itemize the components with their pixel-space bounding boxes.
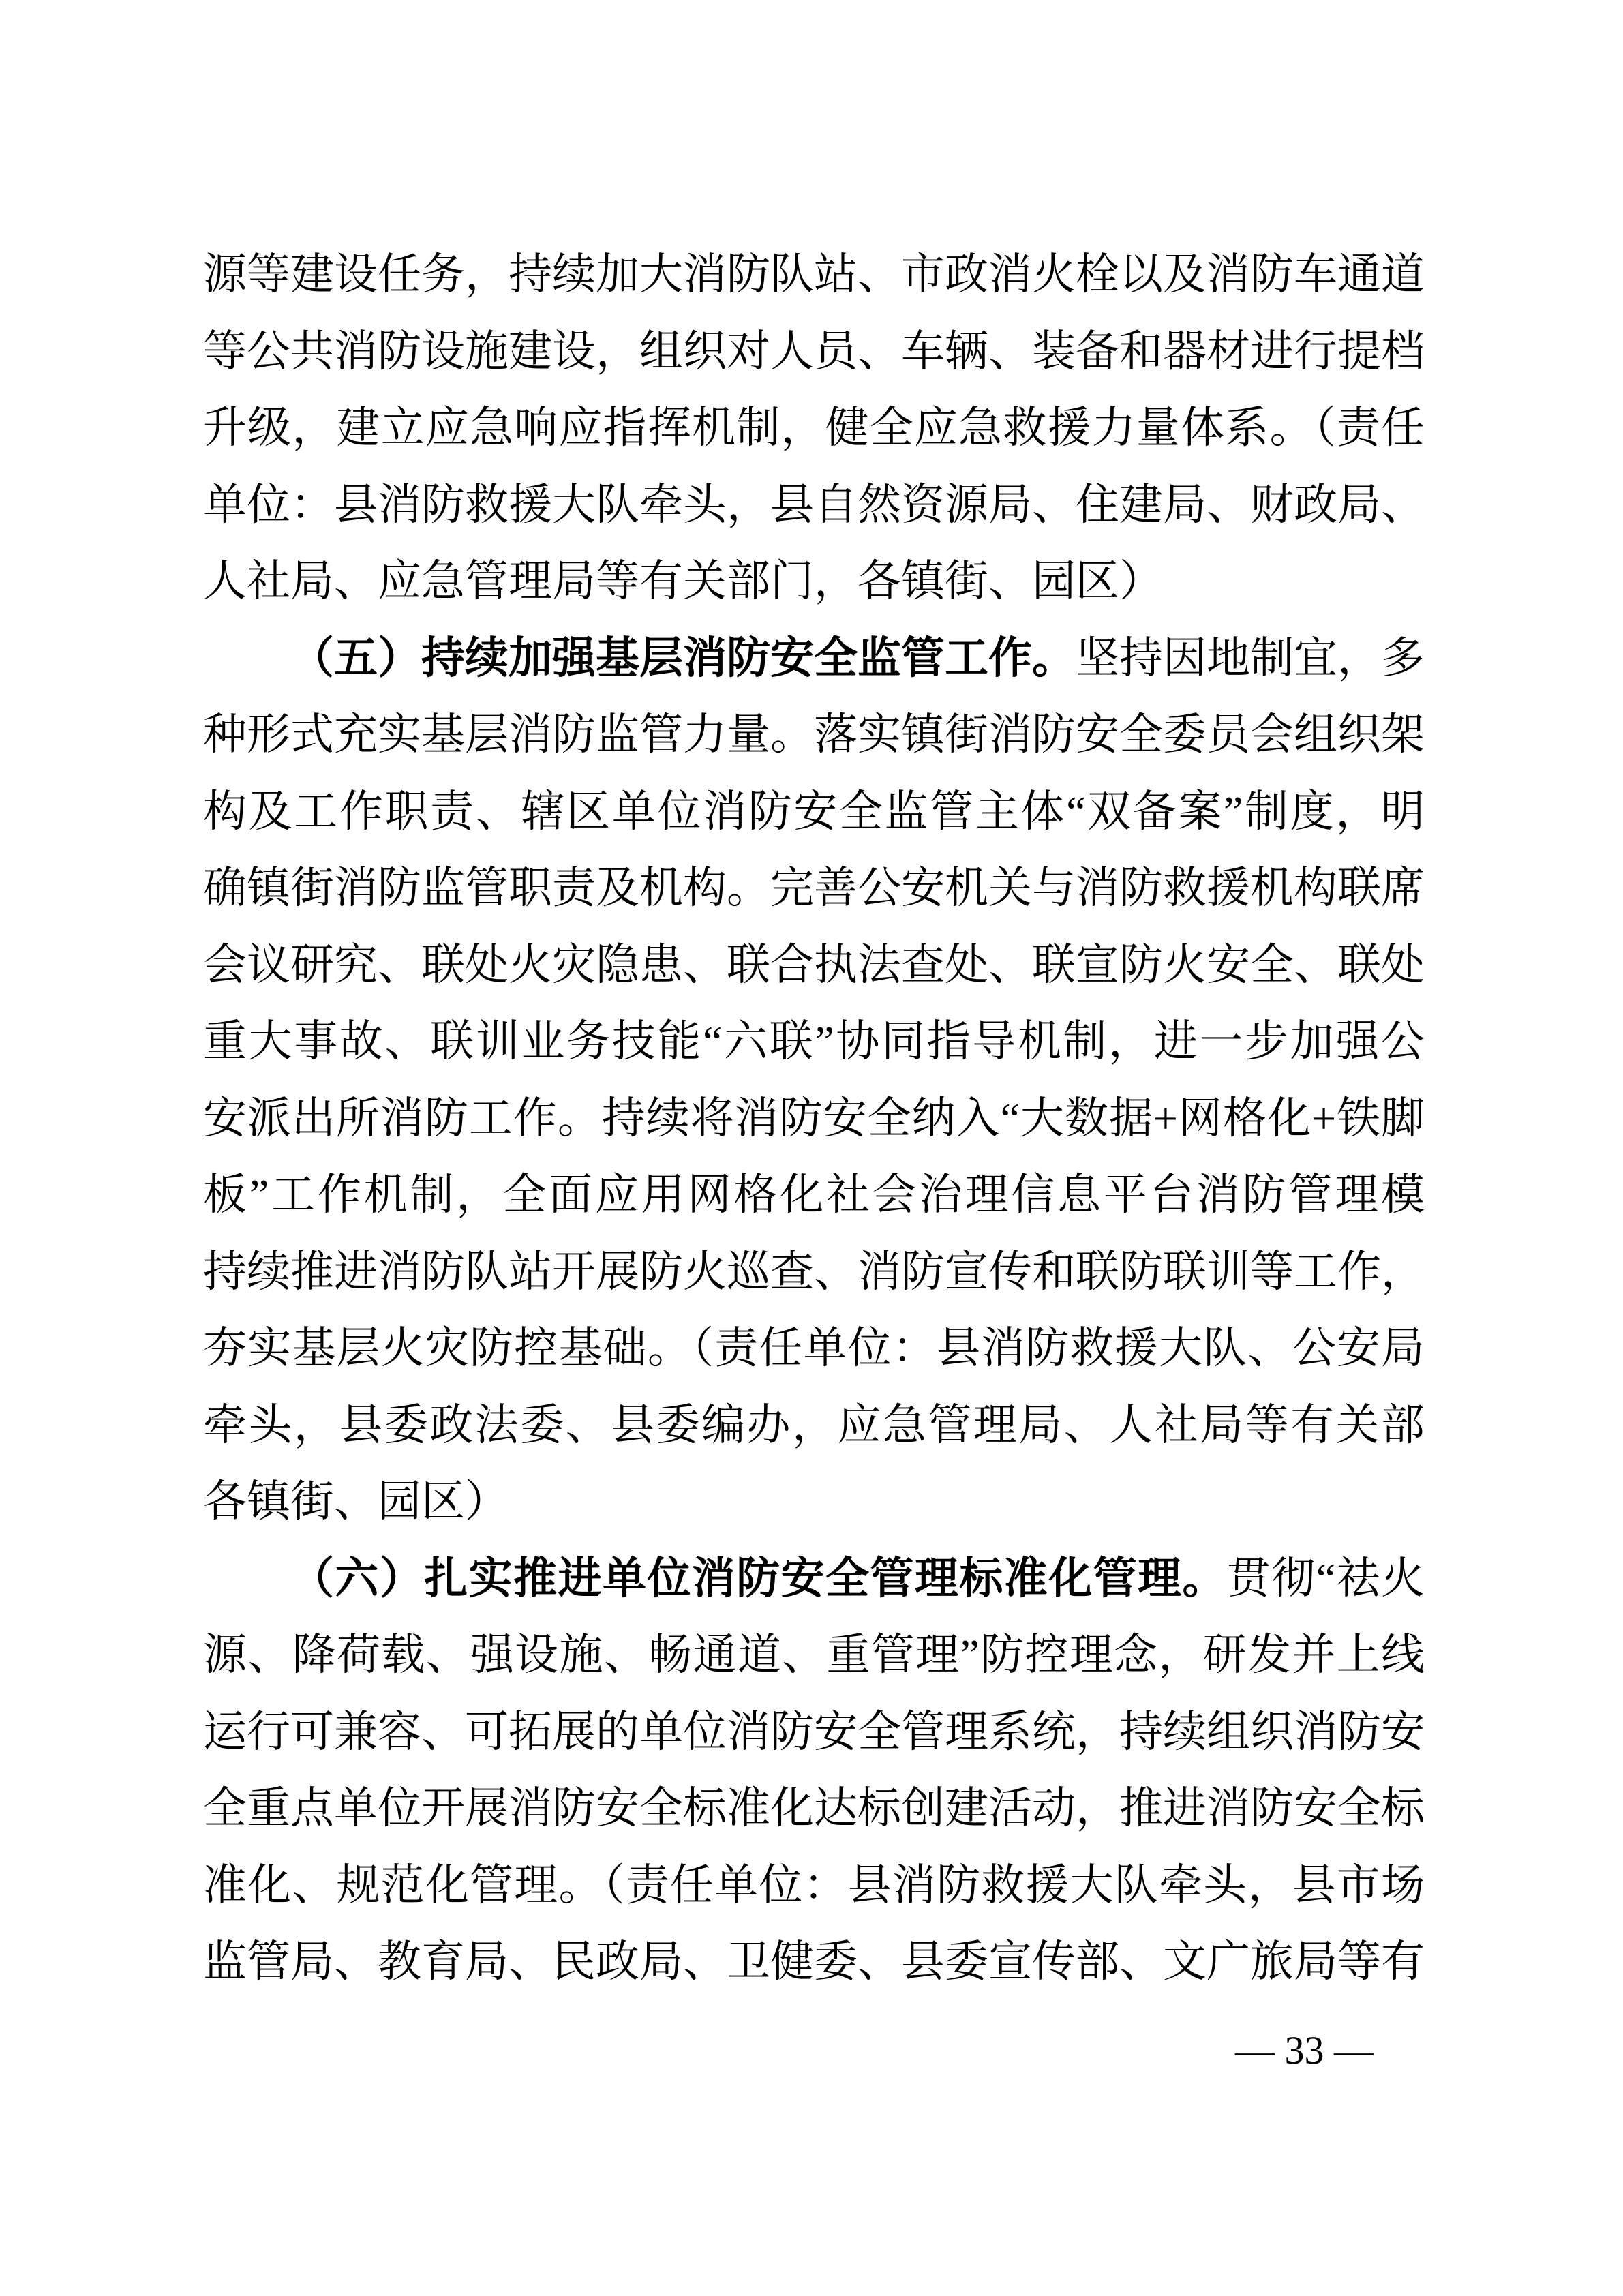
body-line: 等公共消防设施建设，组织对人员、车辆、装备和器材进行提档 (203, 314, 1425, 391)
line-text: 种形式充实基层消防监管力量。落实镇街消防安全委员会组织架 (203, 710, 1425, 759)
body-line: 牵头，县委政法委、县委编办，应急管理局、人社局等有关部门， (203, 1387, 1425, 1464)
body-line: 构及工作职责、辖区单位消防安全监管主体“双备案”制度，明 (203, 774, 1425, 851)
line-text: 会议研究、联处火灾隐患、联合执法查处、联宣防火安全、联处 (203, 941, 1425, 989)
body-line: 确镇街消防监管职责及机构。完善公安机关与消防救援机构联席 (203, 850, 1425, 927)
line-text: 持续推进消防队站开展防火巡查、消防宣传和联防联训等工作， (203, 1248, 1425, 1296)
line-text: 各镇街、园区） (203, 1477, 509, 1526)
line-text: 准化、规范化管理。（责任单位：县消防救援大队牵头，县市场 (203, 1861, 1425, 1909)
line-text: 重大事故、联训业务技能“六联”协同指导机制，进一步加强公 (203, 1017, 1425, 1066)
line-text: 夯实基层火灾防控基础。（责任单位：县消防救援大队、公安局 (203, 1324, 1425, 1372)
body-line: 单位：县消防救援大队牵头，县自然资源局、住建局、财政局、 (203, 467, 1425, 544)
body-line: 会议研究、联处火灾隐患、联合执法查处、联宣防火安全、联处 (203, 927, 1425, 1004)
body-line: 准化、规范化管理。（责任单位：县消防救援大队牵头，县市场 (203, 1847, 1425, 1924)
page-number: — 33 — (1235, 2030, 1374, 2071)
body-line: 源等建设任务，持续加大消防队站、市政消火栓以及消防车通道 (203, 237, 1425, 314)
section-heading: （五）持续加强基层消防安全监管工作。 (290, 634, 1076, 682)
body-line: 运行可兼容、可拓展的单位消防安全管理系统，持续组织消防安 (203, 1694, 1425, 1771)
body-line: 人社局、应急管理局等有关部门，各镇街、园区） (203, 543, 1425, 620)
line-text: 贯彻“祛火 (1227, 1554, 1425, 1603)
line-text: 源等建设任务，持续加大消防队站、市政消火栓以及消防车通道 (203, 250, 1425, 299)
document-page: 源等建设任务，持续加大消防队站、市政消火栓以及消防车通道 等公共消防设施建设，组… (0, 0, 1623, 2296)
body-line: 种形式充实基层消防监管力量。落实镇街消防安全委员会组织架 (203, 697, 1425, 774)
body-line: 源、降荷载、强设施、畅通道、重管理”防控理念，研发并上线 (203, 1617, 1425, 1694)
section-heading: （六）扎实推进单位消防安全管理标准化管理。 (290, 1554, 1227, 1603)
line-text: 板”工作机制，全面应用网格化社会治理信息平台消防管理模块。 (203, 1170, 1425, 1234)
body-line: 重大事故、联训业务技能“六联”协同指导机制，进一步加强公 (203, 1003, 1425, 1081)
line-text: 牵头，县委政法委、县委编办，应急管理局、人社局等有关部门， (203, 1401, 1425, 1464)
line-text: 单位：县消防救援大队牵头，县自然资源局、住建局、财政局、 (203, 481, 1425, 529)
body-line: 安派出所消防工作。持续将消防安全纳入“大数据+网格化+铁脚 (203, 1081, 1425, 1158)
line-text: 坚持因地制宜，多 (1076, 634, 1425, 682)
body-line: 全重点单位开展消防安全标准化达标创建活动，推进消防安全标 (203, 1770, 1425, 1847)
body-line: 夯实基层火灾防控基础。（责任单位：县消防救援大队、公安局 (203, 1310, 1425, 1387)
body-line-section-5: （五）持续加强基层消防安全监管工作。坚持因地制宜，多 (203, 620, 1425, 697)
body-line: 升级，建立应急响应指挥机制，健全应急救援力量体系。（责任 (203, 390, 1425, 467)
line-text: 全重点单位开展消防安全标准化达标创建活动，推进消防安全标 (203, 1784, 1425, 1832)
line-text: 安派出所消防工作。持续将消防安全纳入“大数据+网格化+铁脚 (203, 1094, 1425, 1143)
line-text: 监管局、教育局、民政局、卫健委、县委宣传部、文广旅局等有 (203, 1937, 1425, 1986)
body-line-section-6: （六）扎实推进单位消防安全管理标准化管理。贯彻“祛火 (203, 1541, 1425, 1618)
body-line: 监管局、教育局、民政局、卫健委、县委宣传部、文广旅局等有 (203, 1924, 1425, 2001)
line-text: 源、降荷载、强设施、畅通道、重管理”防控理念，研发并上线 (203, 1631, 1425, 1679)
line-text: 运行可兼容、可拓展的单位消防安全管理系统，持续组织消防安 (203, 1708, 1425, 1756)
line-text: 确镇街消防监管职责及机构。完善公安机关与消防救援机构联席 (203, 864, 1425, 912)
body-line: 板”工作机制，全面应用网格化社会治理信息平台消防管理模块。 (203, 1157, 1425, 1234)
body-line: 持续推进消防队站开展防火巡查、消防宣传和联防联训等工作， (203, 1234, 1425, 1311)
line-text: 升级，建立应急响应指挥机制，健全应急救援力量体系。（责任 (203, 404, 1425, 452)
line-text: 构及工作职责、辖区单位消防安全监管主体“双备案”制度，明 (203, 787, 1425, 836)
line-text: 人社局、应急管理局等有关部门，各镇街、园区） (203, 557, 1163, 605)
line-text: 等公共消防设施建设，组织对人员、车辆、装备和器材进行提档 (203, 327, 1425, 376)
document-body: 源等建设任务，持续加大消防队站、市政消火栓以及消防车通道 等公共消防设施建设，组… (203, 237, 1425, 2001)
body-line: 各镇街、园区） (203, 1464, 1425, 1541)
